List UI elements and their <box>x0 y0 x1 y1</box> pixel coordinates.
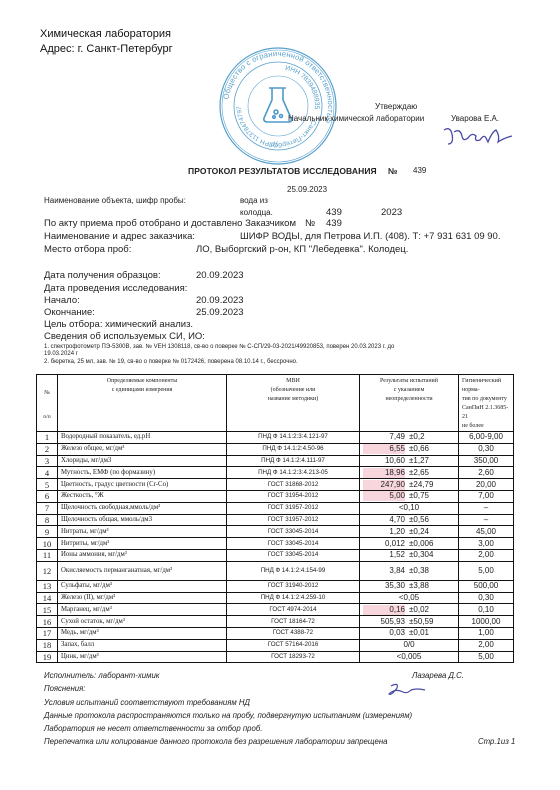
method-name: ГОСТ 33045-2014 <box>227 538 360 550</box>
row-number: 18 <box>37 639 58 651</box>
result-value: 505,93 <box>363 617 405 627</box>
method-name: ГОСТ 4388-72 <box>227 627 360 639</box>
norm-value: 1000,00 <box>459 616 514 628</box>
parameter-name: Сухой остаток, мг/дм³ <box>58 616 227 628</box>
result-cell: 0,16±0,02 <box>360 604 459 616</box>
method-name: ГОСТ 31954-2012 <box>227 490 360 502</box>
object-code: 439 <box>326 207 342 218</box>
col-method: МВИ(обозначение илиназвание методики) <box>227 375 360 432</box>
result-cell: 0,03±0,01 <box>360 627 459 639</box>
instrument-2: 2. бюретка, 25 мл, зав. № 19, св-во о по… <box>44 359 298 365</box>
table-row: 16Сухой остаток, мг/дм³ГОСТ 18164-72505,… <box>37 616 514 628</box>
result-cell: 1,20±0,24 <box>360 526 459 538</box>
result-cell: 18,96±2,65 <box>360 467 459 479</box>
parameter-name: Железо общее, мг/дм³ <box>58 443 227 455</box>
instrument-1-cont: 19.03.2024 г <box>44 351 78 357</box>
protocol-no-label: № <box>388 166 398 176</box>
parameter-name: Ионы аммония, мг/дм³ <box>58 549 227 561</box>
result-uncertainty: ±0,006 <box>409 539 433 549</box>
norm-value: 2,00 <box>459 549 514 561</box>
result-cell: <0,05 <box>360 592 459 604</box>
customer-label: Наименование и адрес заказчика: <box>44 231 195 242</box>
parameter-name: Марганец, мг/дм³ <box>58 604 227 616</box>
result-cell: 35,30±3,88 <box>360 580 459 592</box>
table-row: 4Мутность, ЕМФ (по формазину)ПНД Ф 14.1:… <box>37 467 514 479</box>
executor-name: Лазарева Д.С. <box>412 671 464 680</box>
approve-label: Утверждаю <box>375 102 417 111</box>
method-name: ГОСТ 57164-2016 <box>227 639 360 651</box>
place-value: ЛО, Выборгский р-он, КП "Лебедевка". Кол… <box>196 244 408 255</box>
norm-value: 0,30 <box>459 443 514 455</box>
results-table: № п/п Определяемые компонентыс единицами… <box>36 374 514 663</box>
received-value: 20.09.2023 <box>196 270 244 281</box>
row-number: 2 <box>37 443 58 455</box>
norm-value: 1,00 <box>459 627 514 639</box>
norm-value: 5,00 <box>459 561 514 580</box>
result-value: 3,84 <box>363 566 405 576</box>
result-uncertainty: ±0,02 <box>409 605 429 615</box>
table-row: 13Сульфаты, мг/дм³ГОСТ 31940-201235,30±3… <box>37 580 514 592</box>
method-name: ГОСТ 18164-72 <box>227 616 360 628</box>
result-value: 5,00 <box>363 491 405 501</box>
method-name: ГОСТ 33045-2014 <box>227 549 360 561</box>
result-cell: 3,84±0,38 <box>360 561 459 580</box>
result-cell: 0/0 <box>360 639 459 651</box>
page-number: Стр.1из 1 <box>478 737 515 746</box>
result-uncertainty: ±0,38 <box>409 566 429 576</box>
row-number: 8 <box>37 514 58 526</box>
parameter-name: Окисляемость перманганатная, мг/дм³ <box>58 561 227 580</box>
method-name: ГОСТ 31957-2012 <box>227 514 360 526</box>
row-number: 15 <box>37 604 58 616</box>
result-cell: 247,90±24,79 <box>360 479 459 491</box>
method-name: ГОСТ 4974-2014 <box>227 604 360 616</box>
norm-value: – <box>459 502 514 514</box>
result-uncertainty: ±24,79 <box>409 480 433 490</box>
end-label: Окончание: <box>44 307 95 318</box>
note-1: Условия испытаний соответствуют требован… <box>44 698 250 707</box>
result-cell: 10,60±1,27 <box>360 455 459 467</box>
norm-value: 500,00 <box>459 580 514 592</box>
norm-value: 45,00 <box>459 526 514 538</box>
parameter-name: Цветность, градус цветности (Cr-Co) <box>58 479 227 491</box>
lab-address: Адрес: г. Санкт-Петербург <box>40 43 173 55</box>
study-label: Дата проведения исследования: <box>44 283 187 294</box>
row-number: 7 <box>37 502 58 514</box>
parameter-name: Нитриты, мг/дм³ <box>58 538 227 550</box>
approver-signature <box>440 122 520 152</box>
col-result: Результаты испытанийс указаниемнеопредел… <box>360 375 459 432</box>
table-row: 15Марганец, мг/дм³ГОСТ 4974-20140,16±0,0… <box>37 604 514 616</box>
table-row: 1Водородный показатель, ед.рНПНД Ф 14.1:… <box>37 432 514 444</box>
parameter-name: Хлориды, мг/дм3 <box>58 455 227 467</box>
result-value: 7,49 <box>363 432 405 442</box>
table-row: 3Хлориды, мг/дм3ПНД Ф 14.1:2:4.111-9710,… <box>37 455 514 467</box>
note-3: Лаборатория не несет ответственности за … <box>44 724 262 733</box>
row-number: 13 <box>37 580 58 592</box>
act-label: По акту приема проб отобрано и доставлен… <box>44 218 296 229</box>
result-cell: 6,55±0,66 <box>360 443 459 455</box>
parameter-name: Нитраты, мг/дм³ <box>58 526 227 538</box>
row-number: 9 <box>37 526 58 538</box>
row-number: 4 <box>37 467 58 479</box>
object-label: Наименование объекта, шифр пробы: <box>44 196 186 205</box>
executor-label: Исполнитель: лаборант-химик <box>44 671 159 680</box>
notes-label: Пояснения: <box>44 684 85 693</box>
norm-value: 0,10 <box>459 604 514 616</box>
result-uncertainty: ±0,56 <box>409 515 429 525</box>
row-number: 17 <box>37 627 58 639</box>
act-no-label: № <box>305 218 315 229</box>
parameter-name: Цинк, мг/дм³ <box>58 651 227 663</box>
row-number: 5 <box>37 479 58 491</box>
row-number: 12 <box>37 561 58 580</box>
result-uncertainty: ±1,27 <box>409 456 429 466</box>
result-uncertainty: ±0,66 <box>409 444 429 454</box>
row-number: 3 <box>37 455 58 467</box>
parameter-name: Железо (II), мг/дм³ <box>58 592 227 604</box>
parameter-name: Запах, балл <box>58 639 227 651</box>
method-name: ГОСТ 31868-2012 <box>227 479 360 491</box>
end-value: 25.09.2023 <box>196 307 244 318</box>
object-year: 2023 <box>381 207 402 218</box>
result-uncertainty: ±2,65 <box>409 468 429 478</box>
result-value: 35,30 <box>363 581 405 591</box>
start-label: Начало: <box>44 295 80 306</box>
result-cell: <0,10 <box>360 502 459 514</box>
received-label: Дата получения образцов: <box>44 270 161 281</box>
object-value-2: колодца. <box>240 208 273 217</box>
table-row: 7Щелочность свободная,ммоль/дм³ГОСТ 3195… <box>37 502 514 514</box>
norm-value: – <box>459 514 514 526</box>
protocol-number: 439 <box>413 166 426 175</box>
method-name: ГОСТ 31940-2012 <box>227 580 360 592</box>
object-value-1: вода из <box>240 196 268 205</box>
lab-name: Химическая лаборатория <box>40 28 171 40</box>
norm-value: 7,00 <box>459 490 514 502</box>
note-4: Перепечатка или копирование данного прот… <box>44 737 387 746</box>
method-name: ПНД Ф 14.1:2:3:4.213-05 <box>227 467 360 479</box>
row-number: 14 <box>37 592 58 604</box>
method-name: ГОСТ 33045-2014 <box>227 526 360 538</box>
act-no: 439 <box>326 218 342 229</box>
table-row: 5Цветность, градус цветности (Cr-Co)ГОСТ… <box>37 479 514 491</box>
norm-value: 350,00 <box>459 455 514 467</box>
result-value: 0,03 <box>363 628 405 638</box>
method-name: ПНД Ф 14.1:2:4.259-10 <box>227 592 360 604</box>
company-stamp: Общество с ограниченной ответственностью… <box>218 46 338 166</box>
result-uncertainty: ±0,75 <box>409 491 429 501</box>
executor-signature <box>385 680 430 700</box>
result-cell: <0,005 <box>360 651 459 663</box>
table-row: 2Железо общее, мг/дм³ПНД Ф 14.1:2:4.50-9… <box>37 443 514 455</box>
instrument-1: 1. спектрофотометр ПЭ-5300В, зав. № VEH … <box>44 344 394 350</box>
approver-position: Начальник химической лаборатории <box>288 114 424 123</box>
method-name: ПНД Ф 14.1:2:4.50-96 <box>227 443 360 455</box>
protocol-date: 25.09.2023 <box>287 185 327 194</box>
col-param: Определяемые компонентыс единицами измер… <box>58 375 227 432</box>
table-row: 11Ионы аммония, мг/дм³ГОСТ 33045-20141,5… <box>37 549 514 561</box>
table-row: 9Нитраты, мг/дм³ГОСТ 33045-20141,20±0,24… <box>37 526 514 538</box>
result-uncertainty: ±0,304 <box>409 550 433 560</box>
protocol-title: ПРОТОКОЛ РЕЗУЛЬТАТОВ ИССЛЕДОВАНИЯ <box>188 166 377 176</box>
row-number: 6 <box>37 490 58 502</box>
result-cell: 4,70±0,56 <box>360 514 459 526</box>
result-uncertainty: ±3,88 <box>409 581 429 591</box>
row-number: 1 <box>37 432 58 444</box>
norm-value: 0,30 <box>459 592 514 604</box>
parameter-name: Мутность, ЕМФ (по формазину) <box>58 467 227 479</box>
table-row: 6Жесткость, °ЖГОСТ 31954-20125,00±0,757,… <box>37 490 514 502</box>
start-value: 20.09.2023 <box>196 295 244 306</box>
instruments-label: Сведения об используемых СИ, ИО: <box>44 331 205 342</box>
result-cell: 7,49±0,2 <box>360 432 459 444</box>
table-row: 8Щелочность общая, ммоль/дм3ГОСТ 31957-2… <box>37 514 514 526</box>
method-name: ГОСТ 18293-72 <box>227 651 360 663</box>
method-name: ГОСТ 31957-2012 <box>227 502 360 514</box>
result-value: 6,55 <box>363 444 405 454</box>
result-value: 247,90 <box>363 480 405 490</box>
result-value: 0,16 <box>363 605 405 615</box>
norm-value: 20,00 <box>459 479 514 491</box>
result-value: 1,20 <box>363 527 405 537</box>
method-name: ПНД Ф 14.1:2:4.111-97 <box>227 455 360 467</box>
result-cell: 5,00±0,75 <box>360 490 459 502</box>
col-norm: Гигиенический норма-тив по документуСанП… <box>459 375 514 432</box>
row-number: 16 <box>37 616 58 628</box>
result-value: 4,70 <box>363 515 405 525</box>
norm-value: 3,00 <box>459 538 514 550</box>
note-2: Данные протокола распространяются только… <box>44 711 412 720</box>
result-value: 0,012 <box>363 539 405 549</box>
table-row: 17Медь, мг/дм³ГОСТ 4388-720,03±0,011,00 <box>37 627 514 639</box>
result-value: 10,60 <box>363 456 405 466</box>
norm-value: 2,60 <box>459 467 514 479</box>
norm-value: 6,00-9,00 <box>459 432 514 444</box>
result-cell: 0,012±0,006 <box>360 538 459 550</box>
table-row: 12Окисляемость перманганатная, мг/дм³ПНД… <box>37 561 514 580</box>
table-row: 14Железо (II), мг/дм³ПНД Ф 14.1:2:4.259-… <box>37 592 514 604</box>
result-uncertainty: ±0,2 <box>409 432 425 442</box>
place-label: Место отбора проб: <box>44 244 131 255</box>
table-row: 19Цинк, мг/дм³ГОСТ 18293-72<0,0055,00 <box>37 651 514 663</box>
purpose: Цель отбора: химический анализ. <box>44 319 193 330</box>
row-number: 19 <box>37 651 58 663</box>
table-row: 10Нитриты, мг/дм³ГОСТ 33045-20140,012±0,… <box>37 538 514 550</box>
row-number: 10 <box>37 538 58 550</box>
parameter-name: Жесткость, °Ж <box>58 490 227 502</box>
col-no: № п/п <box>37 375 58 432</box>
result-uncertainty: ±0,01 <box>409 628 429 638</box>
norm-value: 5,00 <box>459 651 514 663</box>
result-cell: 505,93±50,59 <box>360 616 459 628</box>
customer-value: ШИФР ВОДЫ, для Петрова И.П. (408). Т: +7… <box>240 231 500 242</box>
parameter-name: Щелочность общая, ммоль/дм3 <box>58 514 227 526</box>
result-cell: 1,52±0,304 <box>360 549 459 561</box>
method-name: ПНД Ф 14.1:2:3:4.121-97 <box>227 432 360 444</box>
norm-value: 2,00 <box>459 639 514 651</box>
result-value: 18,96 <box>363 468 405 478</box>
parameter-name: Сульфаты, мг/дм³ <box>58 580 227 592</box>
result-uncertainty: ±50,59 <box>409 617 433 627</box>
result-uncertainty: ±0,24 <box>409 527 429 537</box>
result-value: 1,52 <box>363 550 405 560</box>
method-name: ПНД Ф 14.1:2:4.154-99 <box>227 561 360 580</box>
parameter-name: Водородный показатель, ед.рН <box>58 432 227 444</box>
parameter-name: Медь, мг/дм³ <box>58 627 227 639</box>
table-row: 18Запах, баллГОСТ 57164-20160/02,00 <box>37 639 514 651</box>
parameter-name: Щелочность свободная,ммоль/дм³ <box>58 502 227 514</box>
row-number: 11 <box>37 549 58 561</box>
